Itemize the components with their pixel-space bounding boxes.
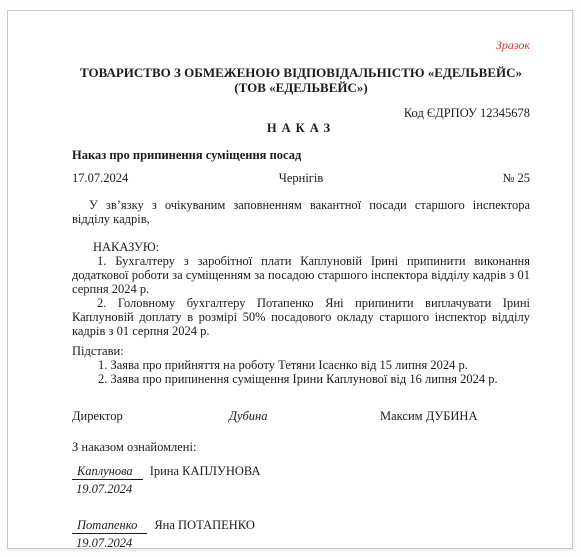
acknowledgement-row: ПотапенкоЯна ПОТАПЕНКО 19.07.2024: [72, 518, 530, 550]
order-subject: Наказ про припинення суміщення посад: [72, 148, 530, 162]
edrpou-code: Код ЄДРПОУ 12345678: [72, 106, 530, 120]
sample-watermark: Зразок: [72, 38, 530, 52]
signer-name: Яна ПОТАПЕНКО: [154, 518, 255, 532]
grounds-heading: Підстави:: [72, 344, 530, 358]
order-date: 17.07.2024: [72, 171, 225, 185]
director-handwritten-signature: Дубина: [229, 409, 380, 423]
order-city: Чернігів: [225, 171, 378, 185]
signature-date: 19.07.2024: [76, 536, 530, 550]
order-item-1: 1. Бухгалтеру з заробітної плати Каплуно…: [72, 254, 530, 296]
document-content: Зразок ТОВАРИСТВО З ОБМЕЖЕНОЮ ВІДПОВІДАЛ…: [8, 11, 572, 550]
director-title: Директор: [72, 409, 229, 423]
handwritten-signature: Каплунова: [72, 464, 143, 480]
acknowledgement-row: КаплуноваІрина КАПЛУНОВА 19.07.2024: [72, 464, 530, 496]
order-meta-row: 17.07.2024 Чернігів № 25: [72, 171, 530, 185]
document-type-title: НАКАЗ: [72, 121, 530, 135]
document-page: Зразок ТОВАРИСТВО З ОБМЕЖЕНОЮ ВІДПОВІДАЛ…: [7, 10, 573, 549]
signer-name: Ірина КАПЛУНОВА: [150, 464, 261, 478]
company-name-short: (ТОВ «ЕДЕЛЬВЕЙС»): [72, 81, 530, 96]
handwritten-signature: Потапенко: [72, 518, 147, 534]
order-number: № 25: [377, 171, 530, 185]
grounds-item-2: 2. Заява про припинення суміщення Ірини …: [72, 372, 530, 386]
director-signature-row: Директор Дубина Максим ДУБИНА: [72, 409, 530, 423]
signature-date: 19.07.2024: [76, 482, 530, 496]
grounds-item-1: 1. Заява про прийняття на роботу Тетяни …: [72, 358, 530, 372]
acknowledgement-heading: З наказом ознайомлені:: [72, 440, 530, 454]
company-name-block: ТОВАРИСТВО З ОБМЕЖЕНОЮ ВІДПОВІДАЛЬНІСТЮ …: [72, 66, 530, 95]
order-heading: НАКАЗУЮ:: [72, 240, 530, 254]
order-preamble: У зв’язку з очікуваним заповненням вакан…: [72, 198, 530, 226]
company-name-full: ТОВАРИСТВО З ОБМЕЖЕНОЮ ВІДПОВІДАЛЬНІСТЮ …: [72, 66, 530, 81]
director-name: Максим ДУБИНА: [380, 409, 530, 423]
order-item-2: 2. Головному бухгалтеру Потапенко Яні пр…: [72, 296, 530, 338]
